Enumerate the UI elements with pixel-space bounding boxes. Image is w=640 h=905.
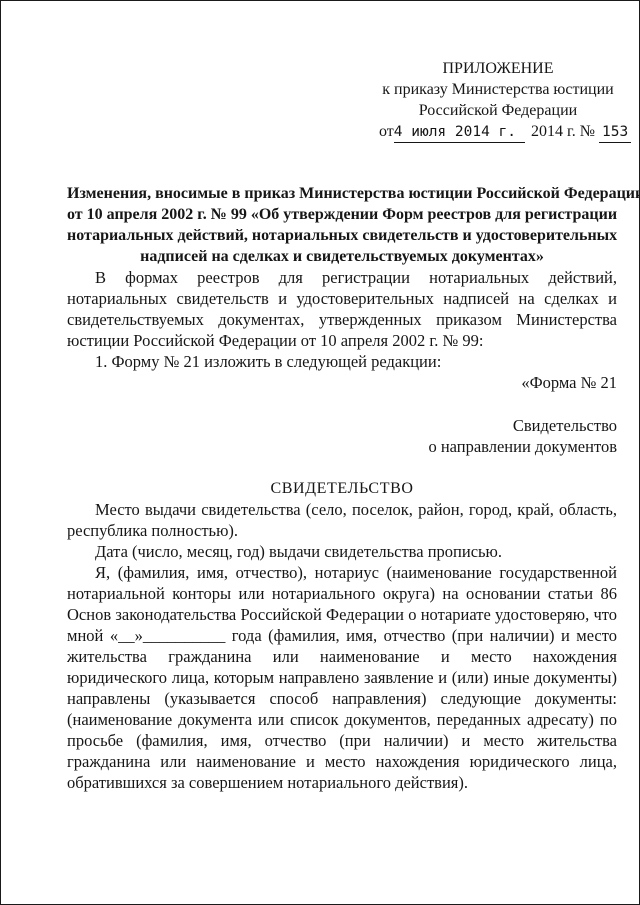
certificate-heading: СВИДЕТЕЛЬСТВО xyxy=(67,478,617,499)
date-of-issue-paragraph: Дата (число, месяц, год) выдачи свидетел… xyxy=(67,541,617,562)
filled-date-blank: 4 июля 2014 г. xyxy=(394,123,525,143)
year-number-label: 2014 г. № xyxy=(531,121,595,142)
appendix-label: ПРИЛОЖЕНИЕ xyxy=(379,58,617,79)
place-of-issue-paragraph: Место выдачи свидетельства (село, посело… xyxy=(67,499,617,541)
ministry-line: Российской Федерации xyxy=(379,100,617,121)
document-page: ПРИЛОЖЕНИЕ к приказу Министерства юстици… xyxy=(0,0,640,905)
title-line-3: нотариальных действий, нотариальных свид… xyxy=(67,225,617,246)
form-subtitle-line-1: Свидетельство xyxy=(67,415,617,436)
item-1-line: 1. Форму № 21 изложить в следующей редак… xyxy=(67,351,617,372)
order-number-blank: 153 xyxy=(599,123,631,143)
order-reference-line: к приказу Министерства юстиции xyxy=(379,79,617,100)
appendix-header: ПРИЛОЖЕНИЕ к приказу Министерства юстици… xyxy=(379,58,617,143)
order-date-line: от 4 июля 2014 г. 2014 г. № 153 xyxy=(379,121,617,143)
form-subtitle-block: Свидетельство о направлении документов xyxy=(67,415,617,457)
document-title: Изменения, вносимые в приказ Министерств… xyxy=(67,183,617,267)
intro-paragraph: В формах реестров для регистрации нотари… xyxy=(67,267,617,351)
title-line-1: Изменения, вносимые в приказ Министерств… xyxy=(67,183,617,204)
title-line-4: надписей на сделках и свидетельствуемых … xyxy=(67,246,617,267)
date-prefix: от xyxy=(379,121,394,142)
notary-statement-paragraph: Я, (фамилия, имя, отчество), нотариус (н… xyxy=(67,562,617,793)
form-subtitle-line-2: о направлении документов xyxy=(67,436,617,457)
form-number-reference: «Форма № 21 xyxy=(67,372,617,393)
title-line-2: от 10 апреля 2002 г. № 99 «Об утверждени… xyxy=(67,204,617,225)
